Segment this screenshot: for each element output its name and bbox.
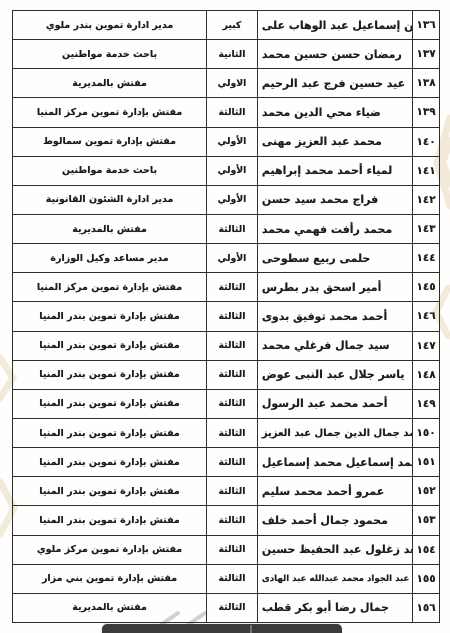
position-cell: مفتش بإدارة تموين بندر المنيا — [13, 361, 206, 389]
row-number-cell: ١٤٧ — [412, 332, 439, 360]
position-cell: مفتش بإدارة تموين مركز ملوي — [13, 536, 206, 564]
position-cell: مفتش بالمديرية — [13, 69, 206, 97]
name-cell: محمد عبد العزيز مهنى — [257, 128, 412, 156]
name-cell: جمال رضا أبو بكر قطب — [257, 594, 412, 622]
grade-cell: الثالثة — [206, 594, 257, 622]
row-number-cell: ١٥٣ — [412, 506, 439, 534]
toolbar-divider — [250, 625, 252, 633]
row-number-cell: ١٤٠ — [412, 128, 439, 156]
name-cell: عبد الجواد محمد عبدالله عبد الهادى — [257, 565, 412, 593]
position-cell: مفتش بإدارة تموين بني مزار — [13, 565, 206, 593]
grade-cell: الثالثة — [206, 477, 257, 505]
grade-cell: الأولي — [206, 244, 257, 272]
row-number-cell: ١٣٦ — [412, 11, 439, 39]
grade-cell: الثالثة — [206, 273, 257, 301]
position-cell: مفتش بإدارة تموين بندر المنيا — [13, 332, 206, 360]
row-number-cell: ١٥٤ — [412, 536, 439, 564]
grade-cell: الثالثة — [206, 215, 257, 243]
name-cell: محمود جمال أحمد خلف — [257, 506, 412, 534]
position-cell: مفتش بإدارة تموين مركز المنيا — [13, 98, 206, 126]
grade-cell: الثالثة — [206, 448, 257, 476]
row-number-cell: ١٤٨ — [412, 361, 439, 389]
row-number-cell: ١٤١ — [412, 157, 439, 185]
table-row: مفتش بإدارة تموين بندر المنيا الثالثة أح… — [13, 447, 439, 476]
table-row: مفتش بإدارة تموين بندر المنيا الثالثة يا… — [13, 360, 439, 389]
name-cell: ضياء محي الدين محمد — [257, 98, 412, 126]
position-cell: مفتش بإدارة تموين بندر المنيا — [13, 419, 206, 447]
position-cell: مفتش بالمديرية — [13, 215, 206, 243]
grade-cell: الثالثة — [206, 536, 257, 564]
roster-table: مدير ادارة تموين بندر ملوي كبير أيمن إسم… — [12, 10, 440, 623]
name-cell: أحمد إسماعيل محمد إسماعيل — [257, 448, 412, 476]
table-row: باحث خدمة مواطنين الأولي لمياء أحمد محمد… — [13, 156, 439, 185]
grade-cell: الثانية — [206, 40, 257, 68]
position-cell: مفتش بإدارة تموين بندر المنيا — [13, 448, 206, 476]
row-number-cell: ١٤٥ — [412, 273, 439, 301]
name-cell: أحمد محمد عبد الرسول — [257, 390, 412, 418]
scanned-document-page: مدير ادارة تموين بندر ملوي كبير أيمن إسم… — [0, 0, 450, 633]
table-row: مفتش بالمديرية الثالثة جمال رضا أبو بكر … — [13, 593, 439, 622]
row-number-cell: ١٥٠ — [412, 419, 439, 447]
table-row: مفتش بإدارة تموين مركز المنيا الثالثة ضي… — [13, 97, 439, 126]
position-cell: مفتش بإدارة تموين سمالوط — [13, 128, 206, 156]
row-number-cell: ١٥٦ — [412, 594, 439, 622]
table-row: مفتش بإدارة تموين بندر المنيا الثالثة أح… — [13, 301, 439, 330]
table-row: مفتش بإدارة تموين سمالوط الأولي محمد عبد… — [13, 127, 439, 156]
table-row: مفتش بإدارة تموين بندر المنيا الثالثة مح… — [13, 418, 439, 447]
name-cell: حلمى ربيع سطوحى — [257, 244, 412, 272]
table-row: مفتش بإدارة تموين مركز المنيا الثالثة أم… — [13, 272, 439, 301]
name-cell: رمضان حسن حسين محمد — [257, 40, 412, 68]
name-cell: عمرو أحمد محمد سليم — [257, 477, 412, 505]
name-cell: محمد رأفت فهمي محمد — [257, 215, 412, 243]
watermark-chevron-right-2 — [443, 140, 450, 184]
table-row: مفتش بإدارة تموين بندر المنيا الثالثة عم… — [13, 476, 439, 505]
name-cell: أيمن إسماعيل عبد الوهاب على — [257, 11, 412, 39]
name-cell: سيد جمال فرغلي محمد — [257, 332, 412, 360]
grade-cell: الثالثة — [206, 302, 257, 330]
position-cell: مدير ادارة الشئون القانونية — [13, 186, 206, 214]
position-cell: مفتش بإدارة تموين مركز المنيا — [13, 273, 206, 301]
name-cell: عيد حسين فرج عبد الرحيم — [257, 69, 412, 97]
grade-cell: الثالثة — [206, 361, 257, 389]
grade-cell: الثالثة — [206, 332, 257, 360]
row-number-cell: ١٣٧ — [412, 40, 439, 68]
grade-cell: كبير — [206, 11, 257, 39]
grade-cell: الأولي — [206, 128, 257, 156]
row-number-cell: ١٤٤ — [412, 244, 439, 272]
position-cell: باحث خدمة مواطنين — [13, 157, 206, 185]
name-cell: محمد جمال الدين جمال عبد العزيز — [257, 419, 412, 447]
bottom-toolbar-fragment[interactable] — [102, 624, 342, 633]
name-cell: سعد زغلول عبد الحفيظ حسين — [257, 536, 412, 564]
row-number-cell: ١٤٦ — [412, 302, 439, 330]
name-cell: لمياء أحمد محمد إبراهيم — [257, 157, 412, 185]
row-number-cell: ١٤٩ — [412, 390, 439, 418]
table-row: مفتش بالمديرية الاولي عيد حسين فرج عبد ا… — [13, 68, 439, 97]
table-row: مفتش بإدارة تموين بني مزار الثالثة عبد ا… — [13, 564, 439, 593]
grade-cell: الأولي — [206, 157, 257, 185]
row-number-cell: ١٤٣ — [412, 215, 439, 243]
position-cell: مدير مساعد وكيل الوزارة — [13, 244, 206, 272]
name-cell: أمير اسحق بدر بطرس — [257, 273, 412, 301]
name-cell: أحمد محمد توفيق بدوى — [257, 302, 412, 330]
grade-cell: الثالثة — [206, 98, 257, 126]
row-number-cell: ١٤٢ — [412, 186, 439, 214]
position-cell: مفتش بإدارة تموين بندر المنيا — [13, 302, 206, 330]
table-row: مدير ادارة تموين بندر ملوي كبير أيمن إسم… — [13, 11, 439, 39]
position-cell: مفتش بإدارة تموين بندر المنيا — [13, 506, 206, 534]
grade-cell: الثالثة — [206, 506, 257, 534]
position-cell: مفتش بإدارة تموين بندر المنيا — [13, 477, 206, 505]
table-row: باحث خدمة مواطنين الثانية رمضان حسن حسين… — [13, 39, 439, 68]
position-cell: باحث خدمة مواطنين — [13, 40, 206, 68]
grade-cell: الأولي — [206, 186, 257, 214]
name-cell: ياسر جلال عبد النبى عوض — [257, 361, 412, 389]
position-cell: مدير ادارة تموين بندر ملوي — [13, 11, 206, 39]
grade-cell: الثالثة — [206, 419, 257, 447]
row-number-cell: ١٥٢ — [412, 477, 439, 505]
grade-cell: الثالثة — [206, 390, 257, 418]
table-row: مفتش بإدارة تموين بندر المنيا الثالثة أح… — [13, 389, 439, 418]
row-number-cell: ١٣٩ — [412, 98, 439, 126]
grade-cell: الاولي — [206, 69, 257, 97]
table-row: مدير ادارة الشئون القانونية الأولي فراج … — [13, 185, 439, 214]
row-number-cell: ١٥٥ — [412, 565, 439, 593]
table-row: مفتش بالمديرية الثالثة محمد رأفت فهمي مح… — [13, 214, 439, 243]
table-row: مفتش بإدارة تموين بندر المنيا الثالثة سي… — [13, 331, 439, 360]
position-cell: مفتش بالمديرية — [13, 594, 206, 622]
table-row: مفتش بإدارة تموين مركز ملوي الثالثة سعد … — [13, 535, 439, 564]
name-cell: فراج محمد سيد حسن — [257, 186, 412, 214]
table-row: مدير مساعد وكيل الوزارة الأولي حلمى ربيع… — [13, 243, 439, 272]
table-row: مفتش بإدارة تموين بندر المنيا الثالثة مح… — [13, 505, 439, 534]
grade-cell: الثالثة — [206, 565, 257, 593]
row-number-cell: ١٣٨ — [412, 69, 439, 97]
position-cell: مفتش بإدارة تموين بندر المنيا — [13, 390, 206, 418]
row-number-cell: ١٥١ — [412, 448, 439, 476]
